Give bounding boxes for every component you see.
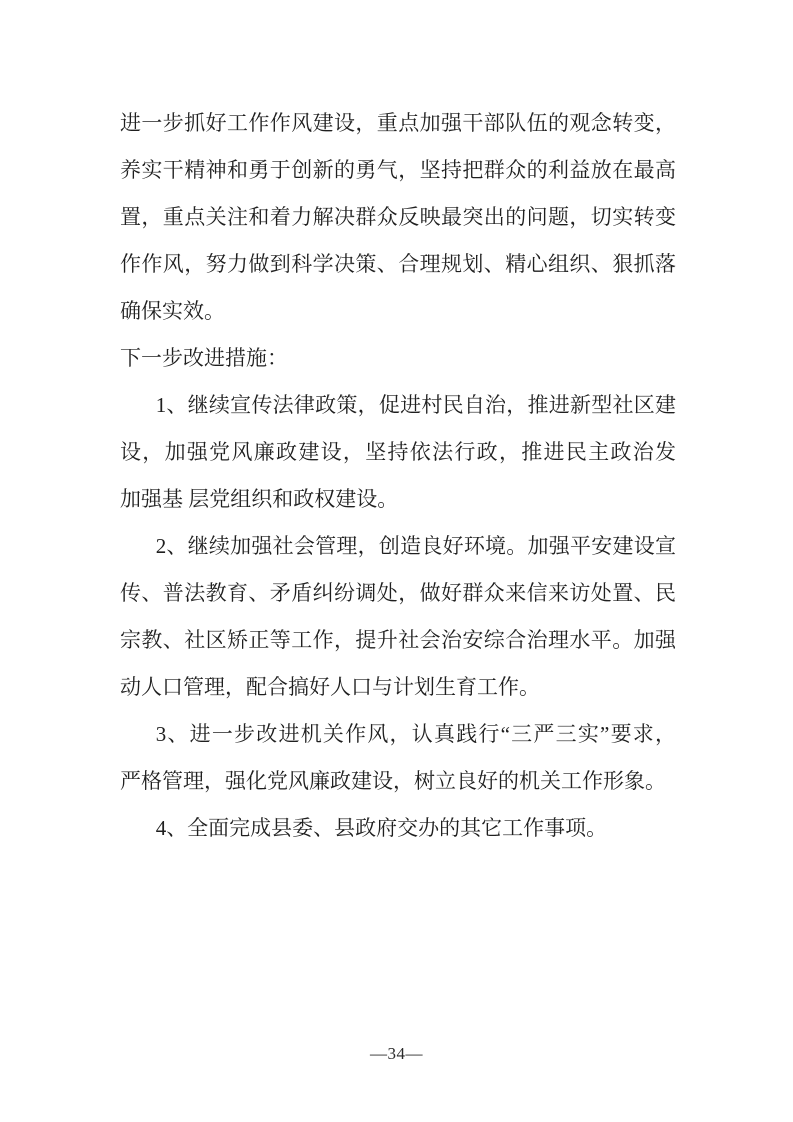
text-line: 养实干精神和勇于创新的勇气，坚持把群众的利益放在最高位 bbox=[120, 147, 676, 194]
text-line: 设，加强党风廉政建设，坚持依法行政，推进民主政治发展， bbox=[120, 429, 676, 476]
text-line: 作作风，努力做到科学决策、合理规划、精心组织、狠抓落实、 bbox=[120, 241, 676, 288]
text-line: 下一步改进措施： bbox=[120, 335, 676, 382]
text-line: 加强基 层党组织和政权建设。 bbox=[120, 476, 676, 523]
body-text: 进一步抓好工作作风建设，重点加强干部队伍的观念转变，培养实干精神和勇于创新的勇气… bbox=[120, 100, 676, 852]
document-page: 进一步抓好工作作风建设，重点加强干部队伍的观念转变，培养实干精神和勇于创新的勇气… bbox=[0, 0, 793, 1122]
text-line: 1、继续宣传法律政策，促进村民自治，推进新型社区建 bbox=[120, 382, 676, 429]
text-line: 2、继续加强社会管理，创造良好环境。加强平安建设宣 bbox=[120, 523, 676, 570]
text-line: 置，重点关注和着力解决群众反映最突出的问题，切实转变工 bbox=[120, 194, 676, 241]
page-number: —34— bbox=[0, 1042, 793, 1066]
text-line: 确保实效。 bbox=[120, 288, 676, 335]
text-line: 宗教、社区矫正等工作，提升社会治安综合治理水平。加强流 bbox=[120, 617, 676, 664]
text-line: 严格管理，强化党风廉政建设，树立良好的机关工作形象。 bbox=[120, 758, 676, 805]
text-line: 传、普法教育、矛盾纠纷调处，做好群众来信来访处置、民族 bbox=[120, 570, 676, 617]
text-line: 动人口管理，配合搞好人口与计划生育工作。 bbox=[120, 664, 676, 711]
text-line: 4、全面完成县委、县政府交办的其它工作事项。 bbox=[120, 805, 676, 852]
text-line: 3、进一步改进机关作风，认真践行“三严三实”要求， bbox=[120, 711, 676, 758]
text-line: 进一步抓好工作作风建设，重点加强干部队伍的观念转变，培 bbox=[120, 100, 676, 147]
